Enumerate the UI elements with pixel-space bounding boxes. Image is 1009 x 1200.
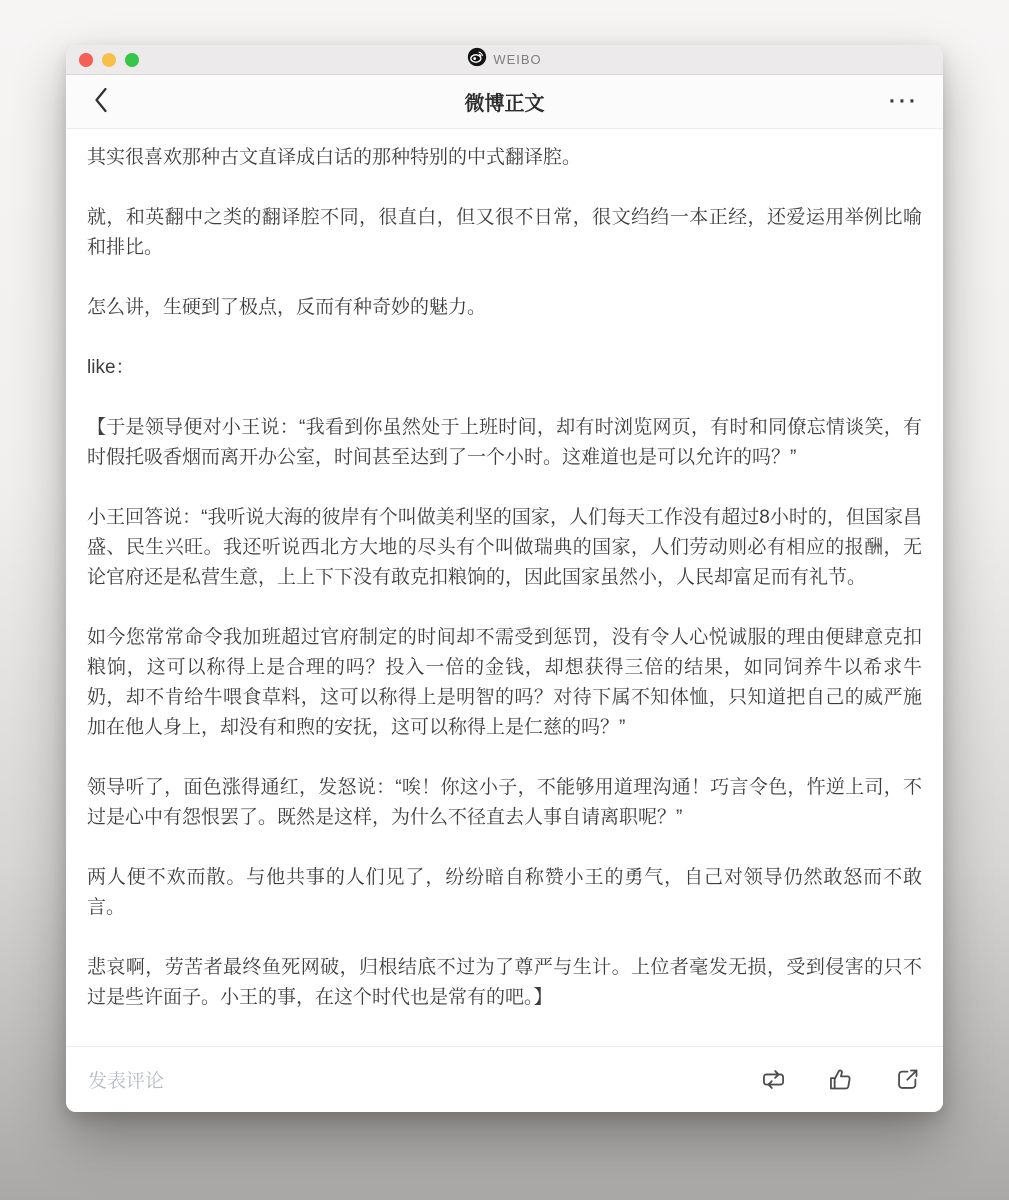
post-paragraph: 怎么讲，生硬到了极点，反而有种奇妙的魅力。 <box>87 293 922 323</box>
post-paragraph: like： <box>87 353 922 383</box>
post-paragraph: 两人便不欢而散。与他共事的人们见了，纷纷暗自称赞小王的勇气，自己对领导仍然敢怒而… <box>87 863 922 923</box>
weibo-logo-icon <box>467 47 487 72</box>
post-paragraph: 如今您常常命令我加班超过官府制定的时间却不需受到惩罚，没有令人心悦诚服的理由便肆… <box>87 623 922 743</box>
post-paragraph: 小王回答说：“我听说大海的彼岸有个叫做美利坚的国家，人们每天工作没有超过8小时的… <box>87 503 922 593</box>
comment-bar: 发表评论 <box>66 1046 943 1112</box>
minimize-button[interactable] <box>102 53 116 67</box>
weibo-window: WEIBO 微博正文 ··· 其实很喜欢那种古文直译成白话的那种特别的中式翻译腔… <box>66 45 943 1112</box>
back-button[interactable] <box>86 75 115 128</box>
post-paragraph: 【于是领导便对小王说：“我看到你虽然处于上班时间，却有时浏览网页，有时和同僚忘情… <box>87 413 922 473</box>
repost-button[interactable] <box>760 1066 787 1093</box>
post-paragraph: 就，和英翻中之类的翻译腔不同，很直白，但又很不日常，很文绉绉一本正经，还爱运用举… <box>87 203 922 263</box>
post-paragraph: 悲哀啊，劳苦者最终鱼死网破，归根结底不过为了尊严与生计。上位者毫发无损，受到侵害… <box>87 953 922 1013</box>
close-button[interactable] <box>79 53 93 67</box>
share-icon <box>894 1066 921 1093</box>
traffic-lights <box>66 53 139 67</box>
titlebar: WEIBO <box>66 45 943 75</box>
zoom-button[interactable] <box>125 53 139 67</box>
app-name: WEIBO <box>493 52 541 67</box>
repost-icon <box>760 1066 787 1093</box>
share-button[interactable] <box>894 1066 921 1093</box>
action-buttons <box>760 1066 921 1093</box>
page-title: 微博正文 <box>465 87 545 116</box>
comment-input[interactable]: 发表评论 <box>88 1066 760 1093</box>
more-dots-icon: ··· <box>889 90 919 114</box>
back-chevron-icon <box>92 86 109 117</box>
titlebar-app: WEIBO <box>66 45 943 74</box>
navbar: 微博正文 ··· <box>66 75 943 129</box>
thumbs-up-icon <box>827 1066 854 1093</box>
like-button[interactable] <box>827 1066 854 1093</box>
post-paragraph: 领导听了，面色涨得通红，发怒说：“唉！你这小子，不能够用道理沟通！巧言令色，忤逆… <box>87 773 922 833</box>
more-button[interactable]: ··· <box>883 75 925 128</box>
post-body: 其实很喜欢那种古文直译成白话的那种特别的中式翻译腔。 就，和英翻中之类的翻译腔不… <box>66 129 943 1046</box>
post-paragraph: 其实很喜欢那种古文直译成白话的那种特别的中式翻译腔。 <box>87 143 922 173</box>
